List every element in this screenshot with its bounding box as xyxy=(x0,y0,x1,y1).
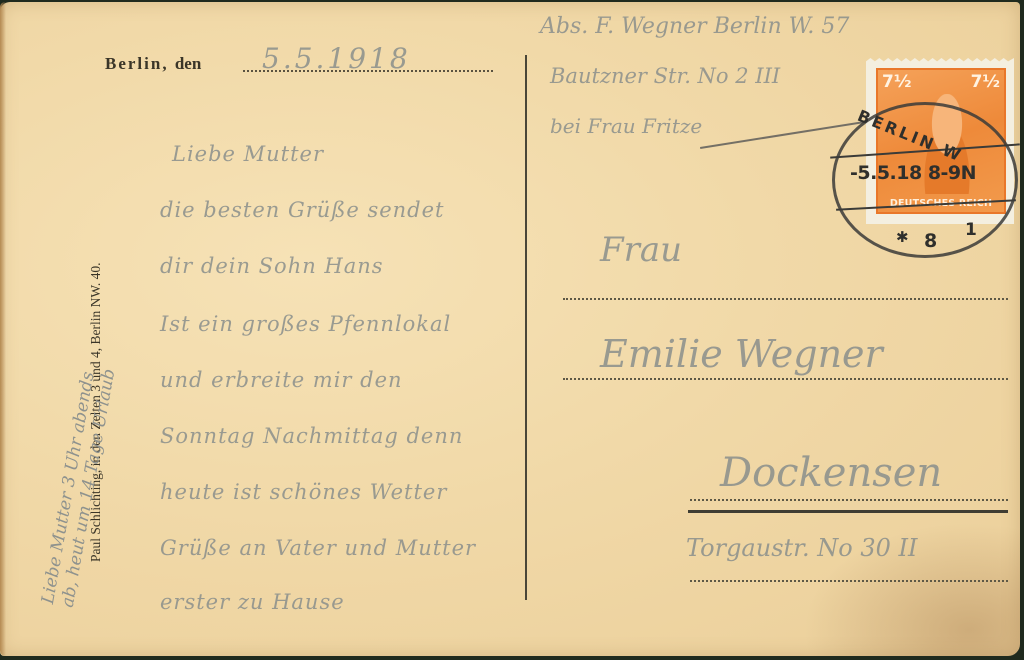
handwritten-date: 5.5.1918 xyxy=(262,42,411,75)
recipient-name: Emilie Wegner xyxy=(600,332,883,376)
city-underline xyxy=(688,510,1008,513)
message-line: die besten Grüße sendet xyxy=(160,198,445,222)
postmark-suffix: 1 xyxy=(965,220,977,240)
message-line: heute ist schönes Wetter xyxy=(160,480,447,504)
message-line: Sonntag Nachmittag denn xyxy=(160,424,463,448)
sender-line: Abs. F. Wegner Berlin W. 57 xyxy=(540,14,849,39)
place-date-line: Berlin, den xyxy=(105,54,201,74)
message-line: und erbreite mir den xyxy=(160,368,403,392)
margin-note: Liebe Mutter 3 Uhr abends ab, heut um 14… xyxy=(38,364,119,609)
message-line: erster zu Hause xyxy=(160,590,345,614)
address-line-2 xyxy=(563,378,1008,380)
address-line-1 xyxy=(563,298,1008,300)
postmark-office: 8 xyxy=(924,230,937,252)
recipient-salutation: Frau xyxy=(600,230,682,270)
sender-line: Bautzner Str. No 2 III xyxy=(550,64,780,88)
message-line: Liebe Mutter xyxy=(172,142,324,166)
place-label: Berlin, xyxy=(105,54,169,73)
postmark-date: -5.5.18 8-9N xyxy=(850,162,976,184)
postmark-star-icon: ✱ xyxy=(896,228,909,246)
message-line: Grüße an Vater und Mutter xyxy=(160,536,476,560)
den-label: den xyxy=(175,54,201,73)
stamp-value: 7½ xyxy=(971,72,1000,92)
recipient-city: Dockensen xyxy=(720,450,942,496)
sender-line: bei Frau Fritze xyxy=(550,114,702,138)
address-line-4 xyxy=(690,580,1008,582)
address-line-3 xyxy=(690,499,1008,501)
message-line: Ist ein großes Pfennlokal xyxy=(160,312,451,336)
stamp-value: 7½ xyxy=(882,72,911,92)
postcard: Berlin, den 5.5.1918 Paul Schlichting, i… xyxy=(0,2,1020,656)
center-divider xyxy=(525,55,527,600)
recipient-street: Torgaustr. No 30 II xyxy=(686,534,917,562)
message-line: dir dein Sohn Hans xyxy=(160,254,384,278)
